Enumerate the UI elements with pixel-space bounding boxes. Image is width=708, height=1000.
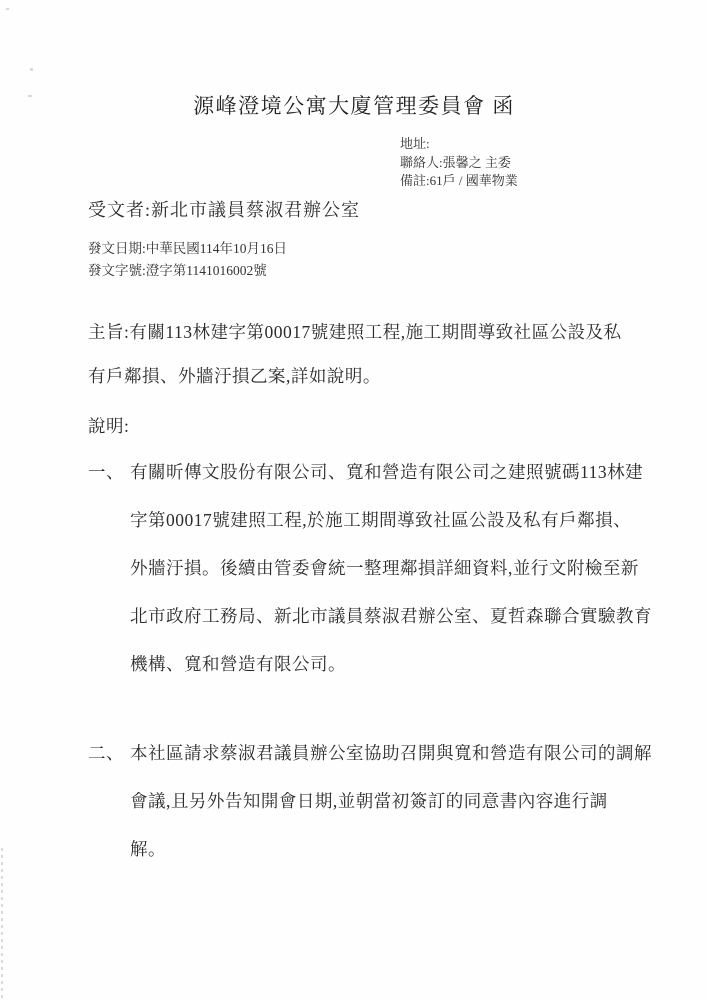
contact-person-line: 聯絡人:張馨之 主委 xyxy=(400,154,518,173)
list-item-content: 本社區請求蔡淑君議員辦公室協助召開與寬和營造有限公司的調解 會議,且另外告知開會… xyxy=(130,729,658,873)
item-2-line-1: 本社區請求蔡淑君議員辦公室協助召開與寬和營造有限公司的調解 xyxy=(130,729,658,777)
list-item-number: 一、 xyxy=(88,448,130,496)
header-info-block: 地址: 聯絡人:張馨之 主委 備註:61戶 / 國華物業 xyxy=(400,135,518,191)
address-line: 地址: xyxy=(400,135,518,154)
scan-artifact-speck xyxy=(6,8,9,10)
item-2-line-3: 解。 xyxy=(130,825,658,873)
explanation-heading: 說明: xyxy=(88,412,129,440)
note-line: 備註:61戶 / 國華物業 xyxy=(400,172,518,191)
list-item-content: 有關昕傳文股份有限公司、寬和營造有限公司之建照號碼113林建 字第00017號建… xyxy=(130,448,658,688)
document-title: 源峰澄境公寓大廈管理委員會 函 xyxy=(0,90,708,120)
item-1-line-2: 字第00017號建照工程,於施工期間導致社區公設及私有戶鄰損、 xyxy=(130,496,658,544)
list-item-number: 二、 xyxy=(88,729,130,777)
subject-line-1: 主旨:有關113林建字第00017號建照工程,施工期間導致社區公設及私 xyxy=(88,310,653,354)
doc-meta-block: 發文日期:中華民國114年10月16日 發文字號:澄字第1141016002號 xyxy=(88,238,287,281)
scanned-letter-page: 源峰澄境公寓大廈管理委員會 函 地址: 聯絡人:張馨之 主委 備註:61戶 / … xyxy=(0,0,708,1000)
item-1-line-5: 機構、寬和營造有限公司。 xyxy=(130,640,658,688)
issue-date-line: 發文日期:中華民國114年10月16日 xyxy=(88,238,287,260)
recipient-line: 受文者:新北市議員蔡淑君辦公室 xyxy=(88,196,360,222)
scan-artifact-streak xyxy=(1,848,3,1000)
scan-artifact-speck xyxy=(28,95,32,97)
item-2-line-2: 會議,且另外告知開會日期,並朝當初簽訂的同意書內容進行調 xyxy=(130,777,658,825)
scan-artifact-speck xyxy=(30,68,33,71)
explanation-item-2: 二、 本社區請求蔡淑君議員辦公室協助召開與寬和營造有限公司的調解 會議,且另外告… xyxy=(88,729,658,873)
subject-line-2: 有戶鄰損、外牆汙損乙案,詳如說明。 xyxy=(88,354,653,398)
explanation-item-1: 一、 有關昕傳文股份有限公司、寬和營造有限公司之建照號碼113林建 字第0001… xyxy=(88,448,658,688)
item-1-line-1: 有關昕傳文股份有限公司、寬和營造有限公司之建照號碼113林建 xyxy=(130,448,658,496)
item-1-line-3: 外牆汙損。後續由管委會統一整理鄰損詳細資料,並行文附檢至新 xyxy=(130,544,658,592)
item-1-line-4: 北市政府工務局、新北市議員蔡淑君辦公室、夏哲森聯合實驗教育 xyxy=(130,592,658,640)
subject-block: 主旨:有關113林建字第00017號建照工程,施工期間導致社區公設及私 有戶鄰損… xyxy=(88,310,653,398)
doc-number-line: 發文字號:澄字第1141016002號 xyxy=(88,260,287,282)
